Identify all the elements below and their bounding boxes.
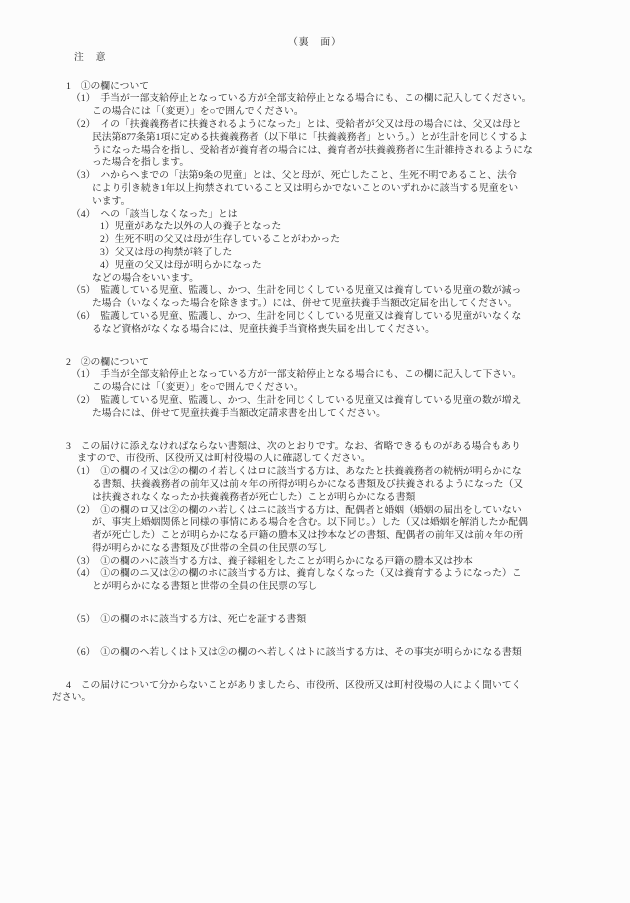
doc-line: （5） 監護している児童、監護し、かつ、生計を同じくしている児童又は養育している… xyxy=(71,285,580,298)
doc-line: 者が死亡した）ことが明らかになる戸籍の謄本又は抄本などの書類、配偶者の前年又は前… xyxy=(92,530,580,543)
doc-line: 2 ②の欄について xyxy=(66,357,580,370)
doc-line: 1）児童があなた以外の人の養子となった xyxy=(100,221,580,234)
doc-line: などの場合をいいます。 xyxy=(92,273,580,286)
doc-line: により引き続き1年以上拘禁されていること又は明らかでないことのいずれかに該当する… xyxy=(92,183,580,196)
doc-line: 3）父又は母の拘禁が終了した xyxy=(100,247,580,260)
notes-body: 1 ①の欄について（1） 手当が一部支給停止となっている方が全部支給停止となる場… xyxy=(0,81,630,706)
doc-line: この場合には「（変更）」を○で囲んでください。 xyxy=(92,106,580,119)
doc-line: （1） ①の欄のイ又は②の欄のイ若しくはロに該当する方は、あなたと扶養義務者の続… xyxy=(71,466,580,479)
doc-line: （4） ヘの「該当しなくなった」とは xyxy=(71,209,580,222)
doc-line: います。 xyxy=(92,196,580,209)
doc-line: （6） 監護している児童、監護し、かつ、生計を同じくしている児童又は養育している… xyxy=(71,311,580,324)
doc-line: うになった場合を指し、受給者が養育者の場合には、養育者が扶養義務者に生計維持され… xyxy=(92,145,580,158)
doc-line: が、事実上婚姻関係と同様の事情にある場合を含む。以下同じ。）した（又は婚姻を解消… xyxy=(92,517,580,530)
document-page: （裏 面） 注 意 1 ①の欄について（1） 手当が一部支給停止となっている方が… xyxy=(0,0,630,903)
doc-line: 民法第877条第1項に定める扶養義務者（以下単に「扶養義務者」という。）とが生計… xyxy=(92,132,580,145)
doc-line: た場合には、併せて児童扶養手当額改定請求書を出してください。 xyxy=(92,408,580,421)
section-1: 1 ①の欄について（1） 手当が一部支給停止となっている方が全部支給停止となる場… xyxy=(52,81,580,337)
doc-line: この場合には「（変更）」を○で囲んでください。 xyxy=(92,382,580,395)
section-2: 2 ②の欄について（1） 手当が全部支給停止となっている方が一部支給停止となる場… xyxy=(52,357,580,421)
doc-line: 1 ①の欄について xyxy=(66,81,580,94)
doc-line: 4）児童の父又は母が明らかになった xyxy=(100,260,580,273)
section-4: 4 この届けについて分からないことがありましたら、市役所、区役所又は町村役場の人… xyxy=(52,680,580,706)
doc-line: （3） ①の欄のハに該当する方は、養子縁組をしたことが明らかになる戸籍の謄本又は… xyxy=(71,556,580,569)
doc-line: （2） イの「扶養義務者に扶養されるようになった」とは、受給者が父又は母の場合に… xyxy=(71,119,580,132)
doc-line: 得が明らかになる書類及び世帯の全員の住民票の写し xyxy=(92,543,580,556)
doc-line: （5） ①の欄のホに該当する方は、死亡を証する書類 xyxy=(71,614,580,627)
doc-line: 4 この届けについて分からないことがありましたら、市役所、区役所又は町村役場の人… xyxy=(66,680,580,693)
blank-line xyxy=(52,630,580,644)
doc-line: 2）生死不明の父又は母が生存していることがわかった xyxy=(100,234,580,247)
doc-line: る書類、扶養義務者の前年又は前々年の所得が明らかになる書類及び扶養されるようにな… xyxy=(92,479,580,492)
doc-line: 3 この届けに添えなければならない書類は、次のとおりです。なお、省略できるものが… xyxy=(66,441,580,454)
doc-line: （2） ①の欄のロ又は②の欄のハ若しくはニに該当する方は、配偶者と婚姻（婚姻の届… xyxy=(71,505,580,518)
notes-heading: 注 意 xyxy=(74,52,630,65)
doc-line: ますので、市役所、区役所又は町村役場の人に確認してください。 xyxy=(77,453,580,466)
doc-line: （1） 手当が全部支給停止となっている方が一部支給停止となる場合にも、この欄に記… xyxy=(71,369,580,382)
doc-line: った場合を指します。 xyxy=(92,157,580,170)
doc-line: （2） 監護している児童、監護し、かつ、生計を同じくしている児童又は養育している… xyxy=(71,395,580,408)
section-3: 3 この届けに添えなければならない書類は、次のとおりです。なお、省略できるものが… xyxy=(52,441,580,660)
blank-line xyxy=(52,597,580,611)
doc-line: （1） 手当が一部支給停止となっている方が全部支給停止となる場合にも、この欄に記… xyxy=(71,93,580,106)
doc-line: るなど資格がなくなる場合には、児童扶養手当資格喪失届を出してください。 xyxy=(92,324,580,337)
page-side-label: （裏 面） xyxy=(0,0,630,50)
doc-line: （3） ハからヘまでの「法第9条の児童」とは、父と母が、死亡したこと、生死不明で… xyxy=(71,170,580,183)
doc-line: （4） ①の欄のニ又は②の欄のホに該当する方は、養育しなくなった（又は養育するよ… xyxy=(71,568,580,581)
doc-line: （6） ①の欄のヘ若しくはト又は②の欄のヘ若しくはトに該当する方は、その事実が明… xyxy=(71,647,580,660)
doc-line: とが明らかになる書類と世帯の全員の住民票の写し xyxy=(92,581,580,594)
doc-line: は扶養されなくなったか扶養義務者が死亡した）ことが明らかになる書類 xyxy=(92,492,580,505)
doc-line: ださい。 xyxy=(52,692,580,705)
doc-line: た場合（いなくなった場合を除きます。）には、併せて児童扶養手当額改定届を出してく… xyxy=(92,298,580,311)
